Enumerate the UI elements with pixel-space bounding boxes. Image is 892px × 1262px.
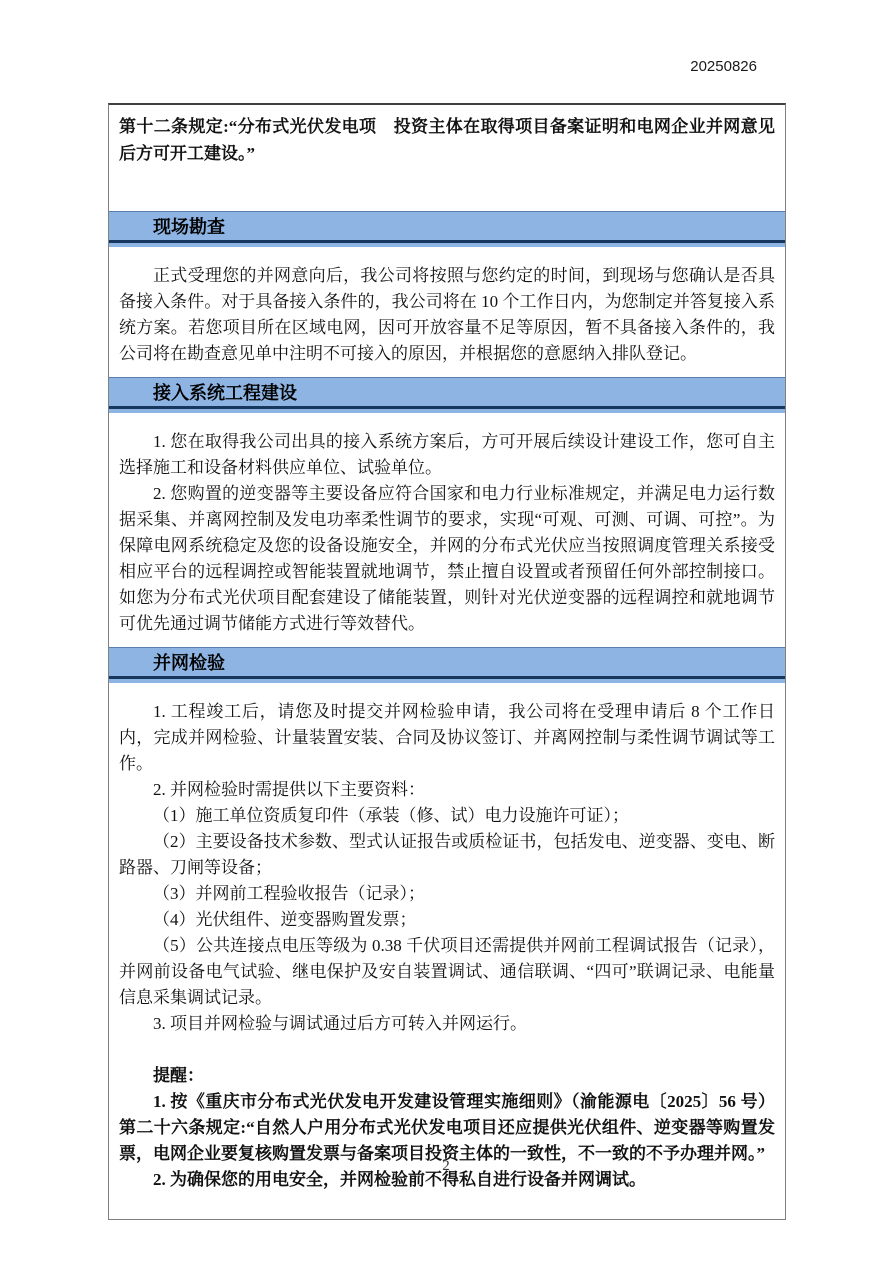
intro-paragraph: 第十二条规定:“分布式光伏发电项 投资主体在取得项目备案证明和电网企业并网意见后… [119, 113, 775, 167]
page-number: 2 [0, 1158, 892, 1175]
paragraph: 2. 您购置的逆变器等主要设备应符合国家和电力行业标准规定，并满足电力运行数据采… [119, 481, 775, 637]
paragraph: 1. 工程竣工后，请您及时提交并网检验申请，我公司将在受理申请后 8 个工作日内… [119, 699, 775, 777]
intro-cell: 第十二条规定:“分布式光伏发电项 投资主体在取得项目备案证明和电网企业并网意见后… [109, 105, 785, 211]
list-item: （2）主要设备技术参数、型式认证报告或质检证书，包括发电、逆变器、变电、断路器、… [119, 829, 775, 881]
reminder-item: 1. 按《重庆市分布式光伏发电开发建设管理实施细则》（渝能源电〔2025〕56 … [119, 1089, 775, 1167]
list-item: （3）并网前工程验收报告（记录）； [119, 881, 775, 907]
section-header-grid-inspection: 并网检验 [109, 647, 785, 683]
document-table: 第十二条规定:“分布式光伏发电项 投资主体在取得项目备案证明和电网企业并网意见后… [108, 103, 786, 1220]
list-item: （4）光伏组件、逆变器购置发票； [119, 907, 775, 933]
paragraph: 2. 并网检验时需提供以下主要资料： [119, 777, 775, 803]
list-item: （5）公共连接点电压等级为 0.38 千伏项目还需提供并网前工程调试报告（记录）… [119, 933, 775, 1011]
section-header-site-survey: 现场勘查 [109, 211, 785, 247]
section-body-site-survey: 正式受理您的并网意向后，我公司将按照与您约定的时间，到现场与您确认是否具备接入条… [109, 247, 785, 377]
section-title: 现场勘查 [109, 212, 785, 243]
reminder-label: 提醒： [119, 1063, 775, 1089]
paragraph: 3. 项目并网检验与调试通过后方可转入并网运行。 [119, 1011, 775, 1037]
section-body-system-construction: 1. 您在取得我公司出具的接入系统方案后，方可开展后续设计建设工作，您可自主选择… [109, 413, 785, 647]
section-header-system-construction: 接入系统工程建设 [109, 377, 785, 413]
list-item: （1）施工单位资质复印件（承装（修、试）电力设施许可证）； [119, 803, 775, 829]
document-date: 20250826 [0, 0, 892, 75]
paragraph: 正式受理您的并网意向后，我公司将按照与您约定的时间，到现场与您确认是否具备接入条… [119, 263, 775, 367]
section-title: 接入系统工程建设 [109, 378, 785, 409]
section-body-grid-inspection: 1. 工程竣工后，请您及时提交并网检验申请，我公司将在受理申请后 8 个工作日内… [109, 683, 785, 1219]
section-title: 并网检验 [109, 648, 785, 679]
paragraph: 1. 您在取得我公司出具的接入系统方案后，方可开展后续设计建设工作，您可自主选择… [119, 429, 775, 481]
